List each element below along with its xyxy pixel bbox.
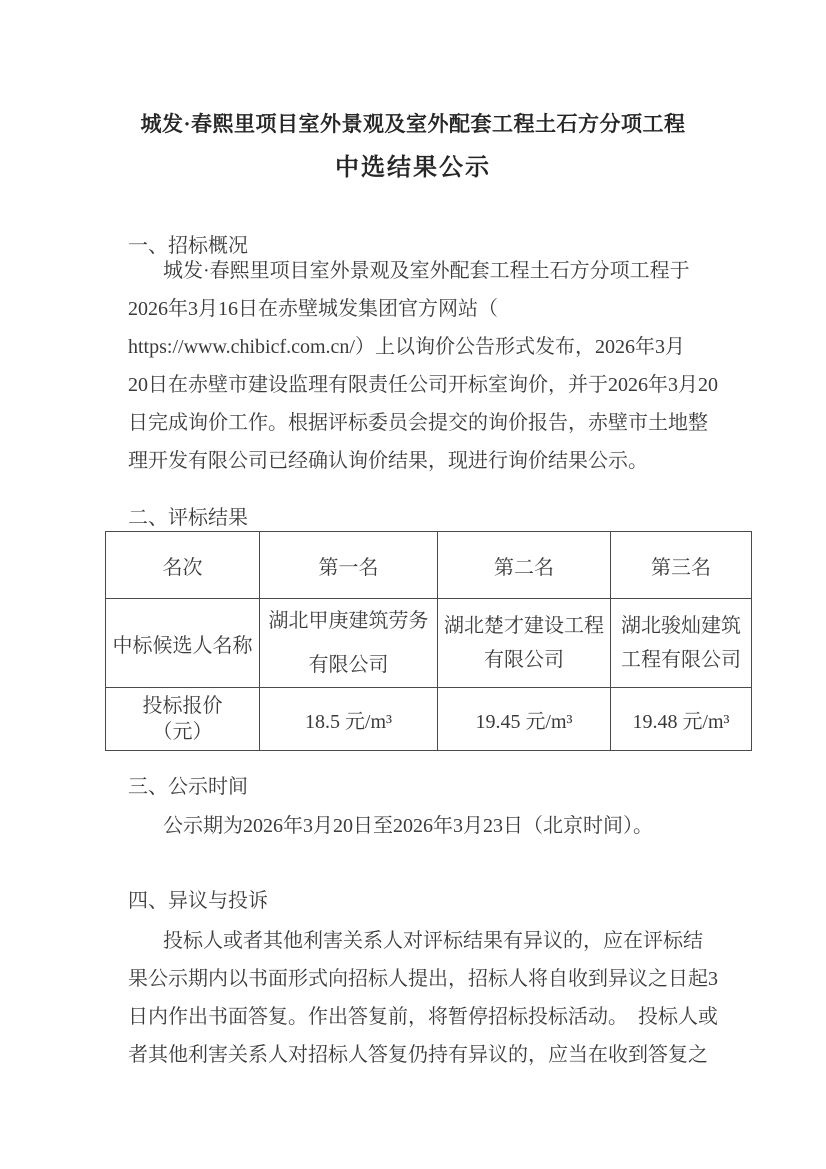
paragraph-line: 日内作出书面答复。作出答复前，将暂停招标投标活动。 投标人或 <box>128 998 728 1036</box>
candidate-3-price: 19.48 元/m³ <box>611 688 752 751</box>
header-cell-second: 第二名 <box>438 532 611 599</box>
row-label-bid-price: 投标报价 （元） <box>106 688 260 751</box>
paragraph-line: 20日在赤壁市建设监理有限责任公司开标室询价，并于2026年3月20 <box>128 366 728 404</box>
header-cell-third: 第三名 <box>611 532 752 599</box>
section-2-heading: 二、评标结果 <box>128 505 248 531</box>
section-3-paragraph: 公示期为2026年3月20日至2026年3月23日（北京时间）。 <box>128 807 728 845</box>
document-subtitle: 中选结果公示 <box>0 147 826 182</box>
row-label-candidate-name: 中标候选人名称 <box>106 599 260 688</box>
candidate-3-name: 湖北骏灿建筑工程有限公司 <box>611 599 752 688</box>
paragraph-line: 公示期为2026年3月20日至2026年3月23日（北京时间）。 <box>128 807 728 845</box>
section-1-paragraph: 城发·春熙里项目室外景观及室外配套工程土石方分项工程于 2026年3月16日在赤… <box>128 252 728 480</box>
paragraph-line: 理开发有限公司已经确认询价结果，现进行询价结果公示。 <box>128 442 728 480</box>
paragraph-line: 投标人或者其他利害关系人对评标结果有异议的，应在评标结 <box>128 922 728 960</box>
section-4-heading: 四、异议与投诉 <box>128 888 268 914</box>
header-cell-first: 第一名 <box>260 532 438 599</box>
document-page: 城发·春熙里项目室外景观及室外配套工程土石方分项工程 中选结果公示 一、招标概况… <box>0 0 826 1169</box>
document-title: 城发·春熙里项目室外景观及室外配套工程土石方分项工程 <box>0 108 826 138</box>
row-label-line: （元） <box>108 719 257 745</box>
header-cell-rank: 名次 <box>106 532 260 599</box>
section-4-paragraph: 投标人或者其他利害关系人对评标结果有异议的，应在评标结 果公示期内以书面形式向招… <box>128 922 728 1074</box>
row-label-line: 投标报价 <box>108 693 257 719</box>
table-row-candidate-names: 中标候选人名称 湖北甲庚建筑劳务有限公司 湖北楚才建设工程有限公司 湖北骏灿建筑… <box>106 599 752 688</box>
evaluation-result-table: 名次 第一名 第二名 第三名 中标候选人名称 湖北甲庚建筑劳务有限公司 湖北楚才… <box>105 531 752 751</box>
candidate-2-price: 19.45 元/m³ <box>438 688 611 751</box>
table-header-row: 名次 第一名 第二名 第三名 <box>106 532 752 599</box>
table-row-bid-prices: 投标报价 （元） 18.5 元/m³ 19.45 元/m³ 19.48 元/m³ <box>106 688 752 751</box>
paragraph-line: 者其他利害关系人对招标人答复仍持有异议的，应当在收到答复之 <box>128 1036 728 1074</box>
candidate-1-price: 18.5 元/m³ <box>260 688 438 751</box>
candidate-2-name: 湖北楚才建设工程有限公司 <box>438 599 611 688</box>
paragraph-line: 城发·春熙里项目室外景观及室外配套工程土石方分项工程于 <box>128 252 728 290</box>
paragraph-line: 果公示期内以书面形式向招标人提出，招标人将自收到异议之日起3 <box>128 960 728 998</box>
section-3-heading: 三、公示时间 <box>128 774 248 800</box>
paragraph-line: 2026年3月16日在赤壁城发集团官方网站（ <box>128 290 728 328</box>
paragraph-line-url: https://www.chibicf.com.cn/）上以询价公告形式发布，2… <box>128 328 728 366</box>
paragraph-line: 日完成询价工作。根据评标委员会提交的询价报告，赤壁市土地整 <box>128 404 728 442</box>
candidate-1-name: 湖北甲庚建筑劳务有限公司 <box>260 599 438 688</box>
